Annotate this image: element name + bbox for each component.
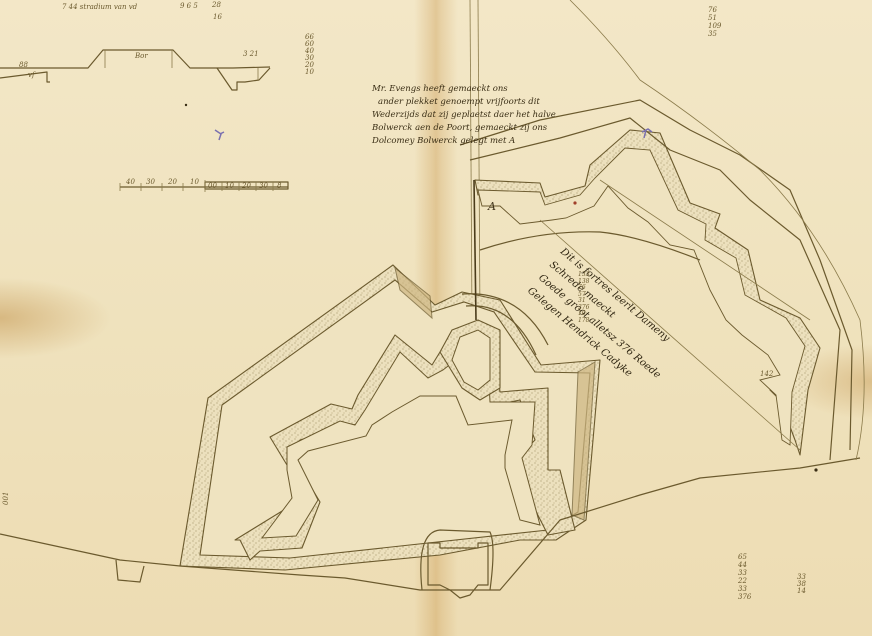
scale-tick-label: 30 [146,178,155,186]
map-sheet: 7 44 stradium van vd Bor 88 vf 3 21 9 6 … [0,0,872,636]
scale-tick-label: 10 [225,182,234,190]
left-edge-label: 001 [2,492,10,505]
top-number-2: 28 [212,1,221,9]
note-line: Wederzijds dat zij geplaetst daer het ha… [372,109,556,122]
side-tally: 13313876573137610178 [578,272,589,324]
right-edge-label: 142 [760,370,773,378]
profile-title: 7 44 stradium van vd [62,3,137,11]
compass-mark-left [215,130,224,140]
profile-right-label: 3 21 [243,50,259,58]
annotation-note: Mr. Evengs heeft gemaeckt ons ander plek… [372,83,556,148]
top-right-numbers: 765110935 [708,6,721,38]
scale-tick-label: 00 [208,182,217,190]
note-line: ander plekket genoempt vrijfoorts dit [372,96,556,109]
scale-tick-label: 30 [259,182,268,190]
top-number-1: 9 6 5 [180,2,198,10]
scale-tick-label: 20 [242,182,251,190]
scale-tick-label: 40 [126,178,135,186]
left-star-fort [180,265,600,570]
point-label-a: A [488,200,496,213]
lower-right-tally: 6544332233376 [738,553,751,601]
column-numbers: 666040302010 [305,34,314,76]
note-line: Mr. Evengs heeft gemaeckt ons [372,83,556,96]
note-line: Bolwerck aen de Poort, gemaeckt zij ons [372,122,556,135]
note-line: Dolcomey Bolwerck gelegt met A [372,135,556,148]
top-number-3: 16 [213,13,222,21]
profile-center-label: Bor [135,52,148,60]
scale-tick-label: 10 [190,178,199,186]
profile-mid-label: vf [28,71,35,79]
lower-right-tally-2: 333814 [797,574,806,595]
scale-end-label: 8 [277,182,281,190]
scale-tick-label: 20 [168,178,177,186]
profile-left-label: 88 [19,61,28,69]
